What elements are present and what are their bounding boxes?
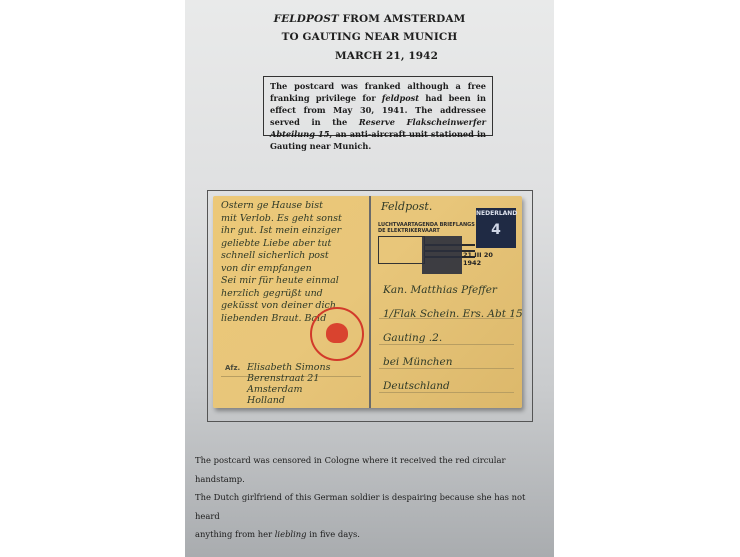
handwritten-line: bei München	[383, 356, 453, 368]
handwritten-line: herzlich gegrüßt und	[221, 288, 323, 299]
address-rule	[379, 344, 514, 345]
title-rest: FROM AMSTERDAM	[339, 13, 466, 25]
handwritten-line: Gauting .2.	[383, 332, 442, 344]
page-title-line1: FELDPOST FROM AMSTERDAM	[185, 13, 554, 25]
note-italic: feldpost	[382, 93, 419, 103]
handwritten-line: mit Verlob. Es geht sonst	[221, 213, 342, 224]
stamp-country: NEDERLAND	[476, 210, 516, 217]
sender-prefix: Afz.	[225, 364, 240, 372]
postcard-divider	[369, 196, 371, 408]
postmark-line: 1942	[463, 259, 493, 267]
handwritten-line: Deutschland	[383, 380, 450, 392]
address-rule	[379, 392, 514, 393]
stamp-value: 4	[476, 222, 516, 238]
postage-stamp: NEDERLAND 4	[476, 208, 516, 248]
description-text: The postcard was censored in Cologne whe…	[195, 451, 545, 544]
description-line: anything from her liebling in five days.	[195, 525, 545, 544]
additional-stamp	[422, 236, 462, 274]
description-line: The postcard was censored in Cologne whe…	[195, 451, 545, 488]
handwritten-line: von dir empfangen	[221, 263, 312, 274]
description-italic: liebling	[275, 529, 307, 539]
eagle-icon	[326, 323, 348, 343]
description-text-part: anything from her	[195, 529, 275, 539]
cancellation-text: LUCHTVAARTAGENDA BRIEFLANGS DEDE ELEKTRI…	[378, 222, 484, 234]
censor-handstamp	[310, 307, 364, 361]
handwritten-line: ihr gut. Ist mein einziger	[221, 225, 341, 236]
handwritten-line: schnell sicherlich post	[221, 250, 329, 261]
description-text-part: in five days.	[307, 529, 360, 539]
handwritten-line: Holland	[247, 395, 285, 406]
handwritten-line: Kan. Matthias Pfeffer	[383, 284, 497, 296]
handwritten-line: Elisabeth Simons	[247, 362, 330, 373]
handwritten-line: 1/Flak Schein. Ers. Abt 15	[383, 308, 522, 320]
handwritten-line: Ostern ge Hause bist	[221, 200, 323, 211]
page-title-line2: TO GAUTING NEAR MUNICH	[185, 31, 554, 43]
title-italic: FELDPOST	[274, 13, 339, 25]
handwritten-line: Sei mir für heute einmal	[221, 275, 339, 286]
postmark-line: 21 III 20	[463, 251, 493, 259]
exhibit-page: FELDPOST FROM AMSTERDAM TO GAUTING NEAR …	[185, 0, 554, 557]
postcard-image: Ostern ge Hause bistmit Verlob. Es geht …	[213, 196, 522, 408]
handwritten-line: geküsst von deiner dich	[221, 300, 336, 311]
info-note-box: The postcard was franked although a free…	[263, 76, 493, 136]
handwritten-line: Berenstraat 21	[247, 373, 319, 384]
handwritten-line: liebenden Braut. Bald	[221, 313, 326, 324]
feldpost-label: Feldpost.	[381, 200, 432, 213]
address-rule	[379, 368, 514, 369]
cancellation-box	[378, 236, 425, 264]
description-line: The Dutch girlfriend of this German sold…	[195, 488, 545, 525]
handwritten-line: geliebte Liebe aber tut	[221, 238, 331, 249]
page-date: MARCH 21, 1942	[202, 50, 571, 62]
handwritten-line: Amsterdam	[247, 384, 302, 395]
postmark-date: 21 III 201942	[463, 251, 493, 267]
cancel-line: DE ELEKTRIKERVAART	[378, 228, 484, 234]
